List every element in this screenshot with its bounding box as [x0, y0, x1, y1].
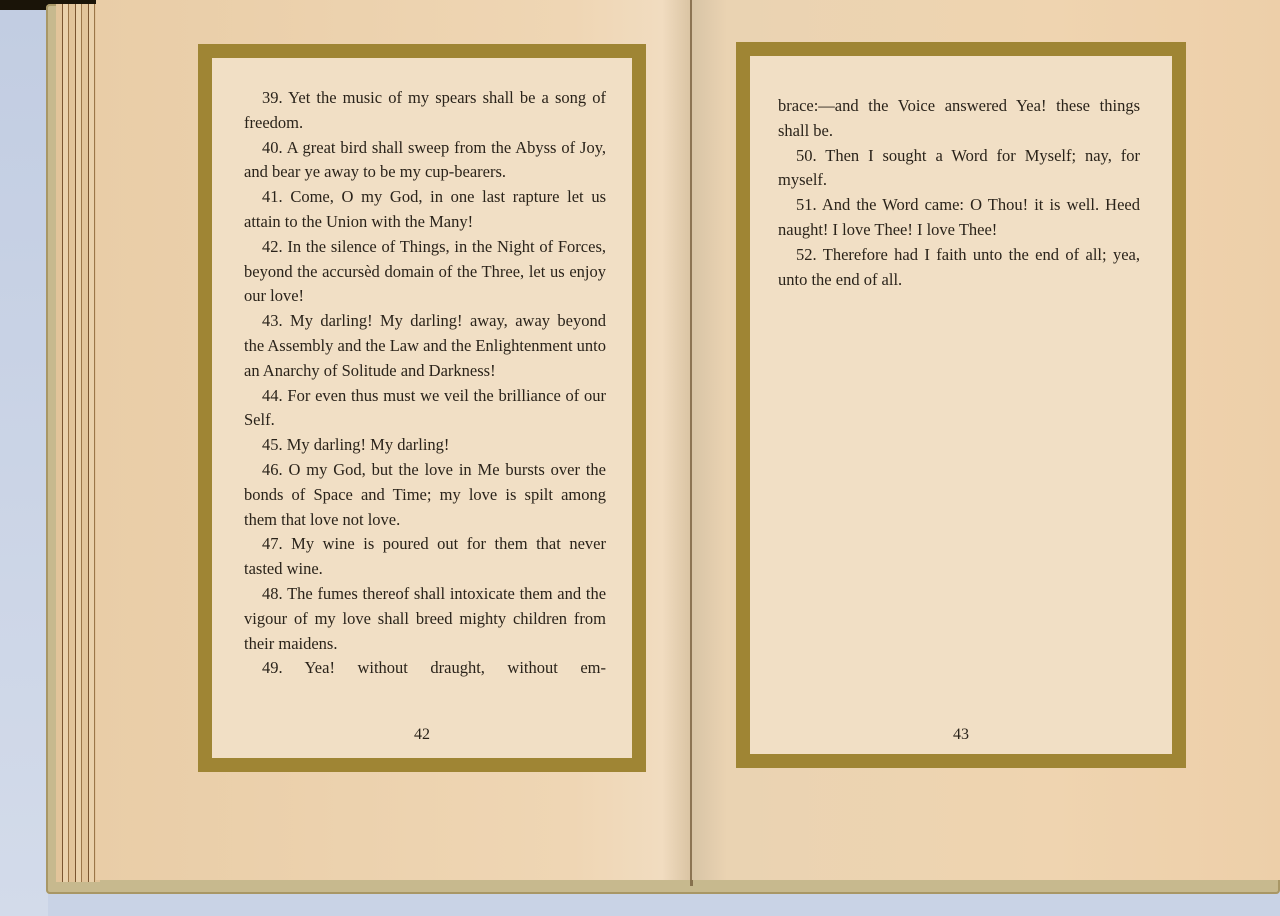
left-page-gold-frame: 39. Yet the music of my spears shall be …: [198, 44, 646, 772]
verse-46: 46. O my God, but the love in Me bursts …: [244, 458, 606, 532]
verse-43: 43. My darling! My darling! away, away b…: [244, 309, 606, 383]
verse-39: 39. Yet the music of my spears shall be …: [244, 86, 606, 136]
verse-49: 49. Yea! without draught, without em-: [244, 656, 606, 681]
left-page-text: 39. Yet the music of my spears shall be …: [244, 86, 606, 681]
verse-44: 44. For even thus must we veil the brill…: [244, 384, 606, 434]
right-page-gold-frame: brace:—and the Voice answered Yea! these…: [736, 42, 1186, 768]
page-number-right: 43: [750, 726, 1172, 744]
page-edges: [56, 4, 100, 882]
verse-50: 50. Then I sought a Word for Myself; nay…: [778, 144, 1140, 194]
right-page-text: brace:—and the Voice answered Yea! these…: [778, 94, 1140, 292]
verse-42: 42. In the silence of Things, in the Nig…: [244, 235, 606, 309]
verse-47: 47. My wine is poured out for them that …: [244, 532, 606, 582]
verse-40: 40. A great bird shall sweep from the Ab…: [244, 136, 606, 186]
verse-52: 52. Therefore had I faith unto the end o…: [778, 243, 1140, 293]
right-page: brace:—and the Voice answered Yea! these…: [692, 0, 1280, 880]
left-page: 39. Yet the music of my spears shall be …: [96, 0, 692, 880]
verse-48: 48. The fumes thereof shall intoxicate t…: [244, 582, 606, 656]
verse-41: 41. Come, O my God, in one last rapture …: [244, 185, 606, 235]
verse-51: 51. And the Word came: O Thou! it is wel…: [778, 193, 1140, 243]
verse-45: 45. My darling! My darling!: [244, 433, 606, 458]
page-number-left: 42: [212, 726, 632, 744]
verse-49-continuation: brace:—and the Voice answered Yea! these…: [778, 94, 1140, 144]
background-surface: [0, 10, 48, 916]
